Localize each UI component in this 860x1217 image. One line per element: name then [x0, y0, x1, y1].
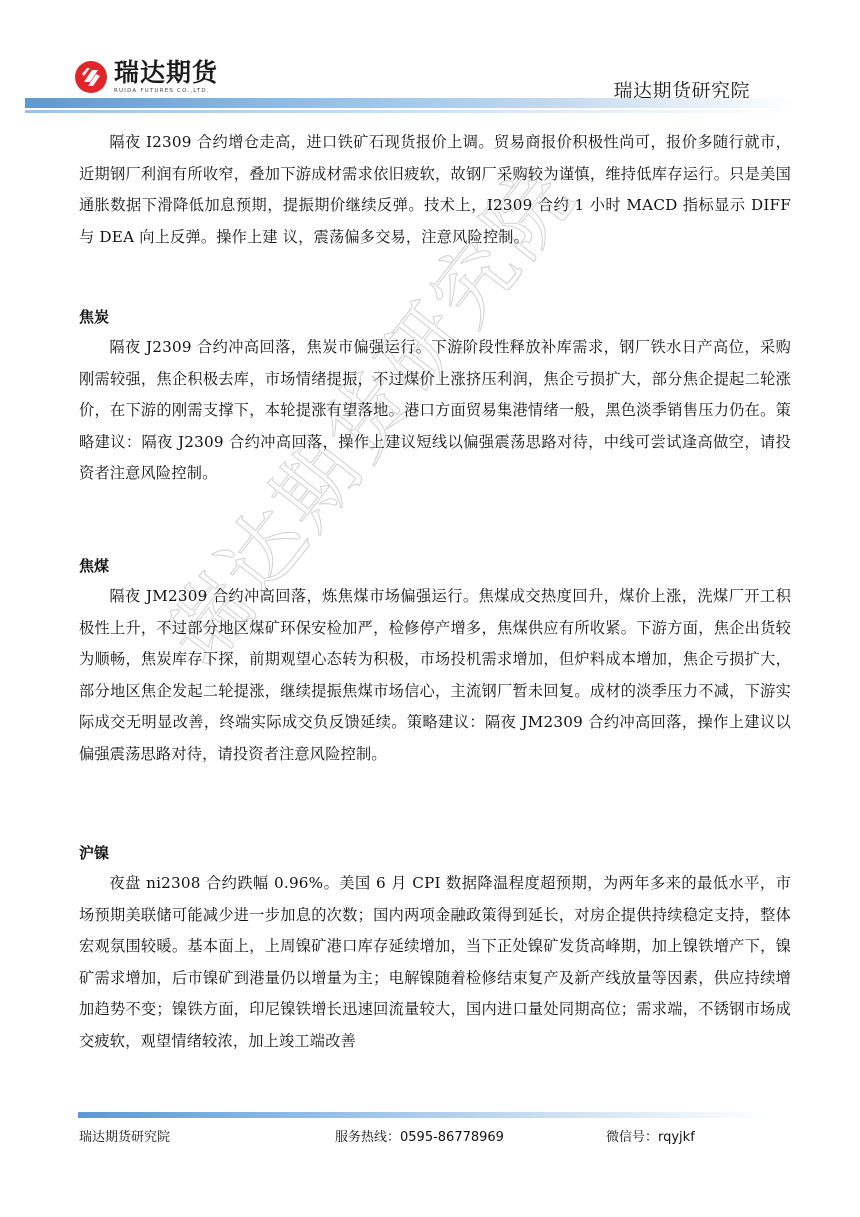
footer-wechat: 微信号：rqyjkf	[606, 1126, 695, 1145]
company-logo: 瑞达期货 RUIDA FUTURES CO.,LTD.	[74, 60, 218, 94]
section-heading-nickel: 沪镍	[79, 841, 109, 865]
footer-divider-bar	[78, 1112, 768, 1118]
section-paragraph: 隔夜 I2309 合约增仓走高，进口铁矿石现货报价上调。贸易商报价积极性尚可，报…	[79, 127, 791, 253]
document-page: 瑞达期货 RUIDA FUTURES CO.,LTD. 瑞达期货研究院 瑞达期货…	[0, 0, 860, 1217]
page-footer: 瑞达期货研究院 服务热线：0595-86778969 微信号：rqyjkf	[79, 1126, 779, 1146]
logo-english-name: RUIDA FUTURES CO.,LTD.	[114, 88, 218, 94]
page-header: 瑞达期货 RUIDA FUTURES CO.,LTD. 瑞达期货研究院	[0, 0, 860, 120]
section-nickel-heading-wrap: 沪镍	[79, 841, 109, 865]
logo-chinese-name: 瑞达期货	[114, 60, 218, 86]
header-divider-bar	[25, 98, 795, 108]
section-coking-coal: 隔夜 JM2309 合约冲高回落，炼焦煤市场偏强运行。焦煤成交热度回升，煤价上涨…	[79, 581, 791, 770]
ruida-logo-icon	[74, 60, 108, 94]
section-nickel: 夜盘 ni2308 合约跌幅 0.96%。美国 6 月 CPI 数据降温程度超预…	[79, 868, 791, 1057]
section-coke: 隔夜 J2309 合约冲高回落，焦炭市偏强运行。下游阶段性释放补库需求，钢厂铁水…	[79, 332, 791, 490]
section-heading-coke: 焦炭	[79, 305, 109, 329]
section-paragraph: 隔夜 JM2309 合约冲高回落，炼焦煤市场偏强运行。焦煤成交热度回升，煤价上涨…	[79, 581, 791, 770]
section-coke-heading-wrap: 焦炭	[79, 305, 109, 329]
section-heading-coking-coal: 焦煤	[79, 554, 109, 578]
section-iron-ore: 隔夜 I2309 合约增仓走高，进口铁矿石现货报价上调。贸易商报价积极性尚可，报…	[79, 127, 791, 253]
section-coking-coal-heading-wrap: 焦煤	[79, 554, 109, 578]
header-divider-line	[25, 110, 795, 113]
section-paragraph: 夜盘 ni2308 合约跌幅 0.96%。美国 6 月 CPI 数据降温程度超预…	[79, 868, 791, 1057]
section-paragraph: 隔夜 J2309 合约冲高回落，焦炭市偏强运行。下游阶段性释放补库需求，钢厂铁水…	[79, 332, 791, 490]
footer-org-name: 瑞达期货研究院	[79, 1126, 170, 1145]
footer-hotline: 服务热线：0595-86778969	[335, 1126, 504, 1145]
